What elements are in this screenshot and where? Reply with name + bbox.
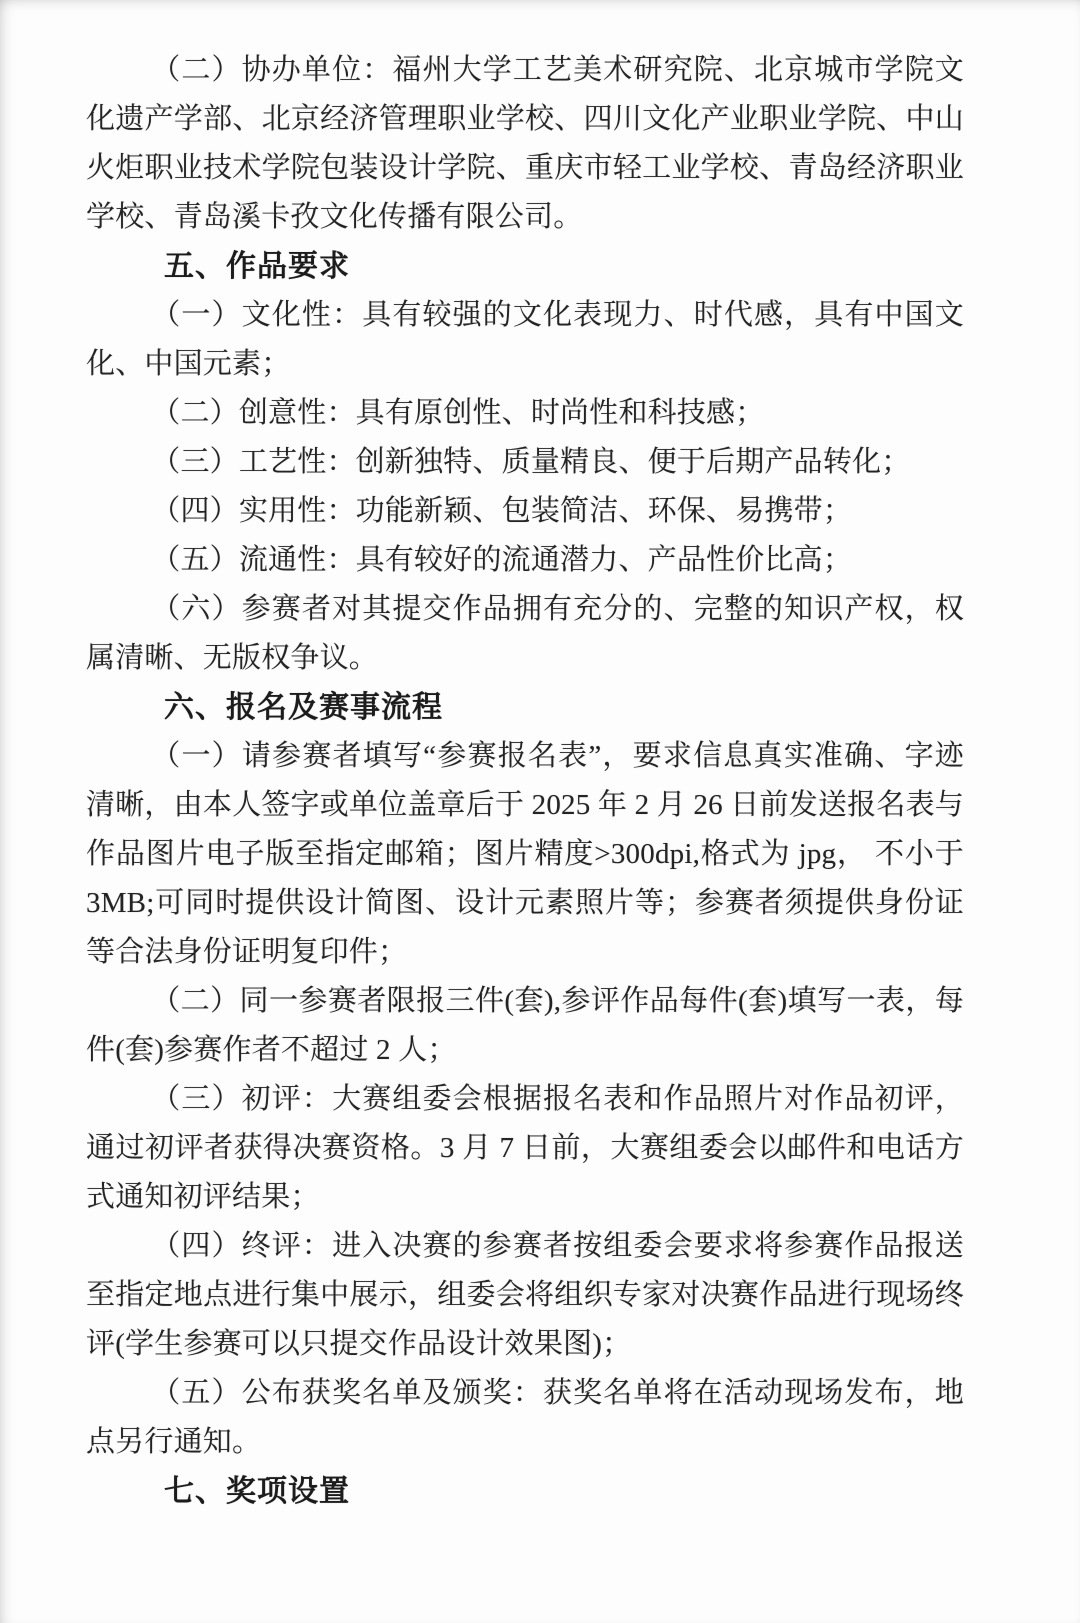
paragraph-requirement-practicality: （四）实用性：功能新颖、包装简洁、环保、易携带； (86, 487, 964, 536)
paragraph-requirement-creativity: （二）创意性：具有原创性、时尚性和科技感； (86, 389, 964, 438)
paragraph-co-organizers: （二）协办单位：福州大学工艺美术研究院、北京城市学院文化遗产学部、北京经济管理职… (86, 46, 964, 242)
paragraph-process-final-review: （四）终评：进入决赛的参赛者按组委会要求将参赛作品报送至指定地点进行集中展示，组… (86, 1222, 964, 1369)
paragraph-requirement-culture: （一）文化性：具有较强的文化表现力、时代感，具有中国文化、中国元素； (86, 291, 964, 389)
section-heading-awards: 七、奖项设置 (86, 1467, 964, 1516)
paragraph-process-registration: （一）请参赛者填写“参赛报名表”，要求信息真实准确、字迹清晰，由本人签字或单位盖… (86, 732, 964, 977)
section-heading-work-requirements: 五、作品要求 (86, 242, 964, 291)
paragraph-requirement-ip: （六）参赛者对其提交作品拥有充分的、完整的知识产权，权属清晰、无版权争议。 (86, 585, 964, 683)
paragraph-process-preliminary-review: （三）初评：大赛组委会根据报名表和作品照片对作品初评，通过初评者获得决赛资格。3… (86, 1075, 964, 1222)
paragraph-requirement-circulation: （五）流通性：具有较好的流通潜力、产品性价比高； (86, 536, 964, 585)
paragraph-requirement-craftsmanship: （三）工艺性：创新独特、质量精良、便于后期产品转化； (86, 438, 964, 487)
paragraph-process-award-announcement: （五）公布获奖名单及颁奖：获奖名单将在活动现场发布，地点另行通知。 (86, 1369, 964, 1467)
section-heading-registration-process: 六、报名及赛事流程 (86, 683, 964, 732)
paragraph-process-entry-limit: （二）同一参赛者限报三件(套),参评作品每件(套)填写一表，每件(套)参赛作者不… (86, 977, 964, 1075)
document-text-block: （二）协办单位：福州大学工艺美术研究院、北京城市学院文化遗产学部、北京经济管理职… (0, 0, 1080, 1516)
document-page: （二）协办单位：福州大学工艺美术研究院、北京城市学院文化遗产学部、北京经济管理职… (0, 0, 1080, 1623)
